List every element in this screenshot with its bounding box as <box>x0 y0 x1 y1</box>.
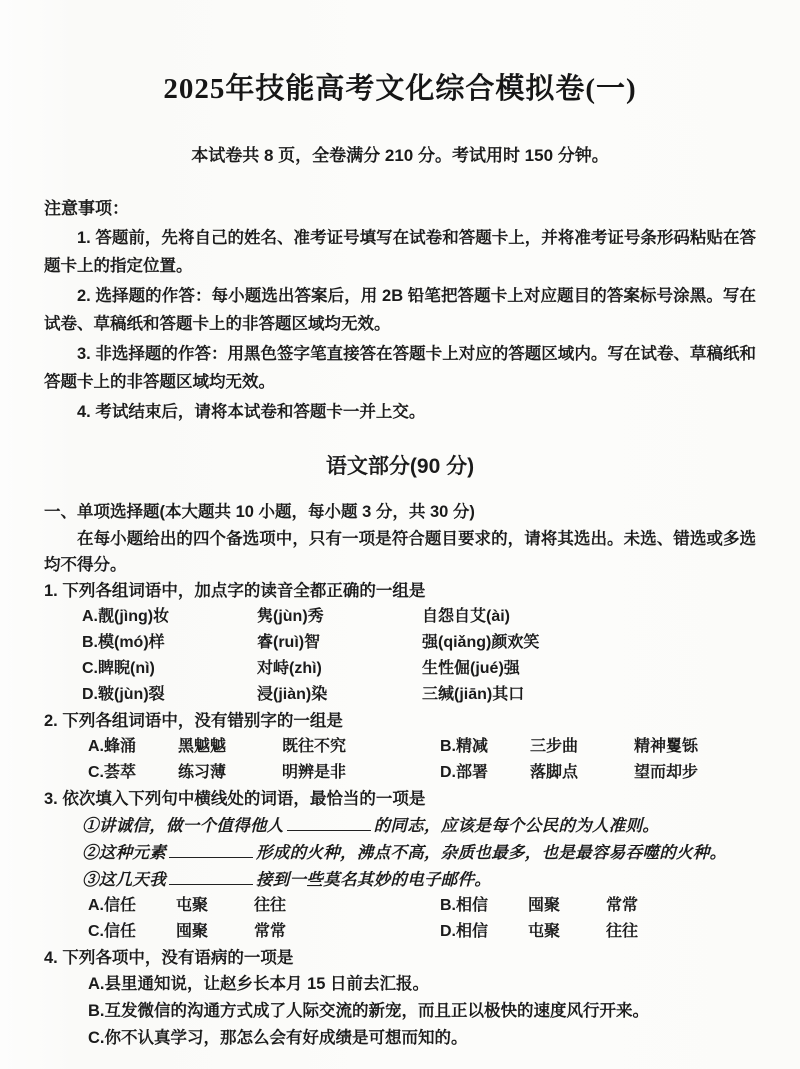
option-d-word3: 望而却步 <box>634 760 756 786</box>
option-c-word3: 明辨是非 <box>282 760 440 786</box>
option-a-word2: 屯聚 <box>176 893 254 919</box>
option-c-word1: C.荟萃 <box>88 760 178 786</box>
notice-item: 4. 考试结束后，请将本试卷和答题卡一并上交。 <box>44 398 756 426</box>
question-3-options-row1: A.信任 屯聚 往往 B.相信 囤聚 常常 <box>44 893 756 919</box>
sentence-pre: ③这几天我 <box>82 870 166 889</box>
option-d: D.部署 落脚点 望而却步 <box>440 760 756 786</box>
sentence-pre: ①讲诚信，做一个值得他人 <box>82 816 284 835</box>
part-title: 一、单项选择题(本大题共 10 小题，每小题 3 分，共 30 分) <box>44 500 756 524</box>
question-1-options: A.靓(jìng)妆 隽(jùn)秀 自怨自艾(ài) B.模(mó)样 睿(r… <box>44 604 756 708</box>
question-4: 4. 下列各项中，没有语病的一项是 A.县里通知说，让赵乡长本月 15 日前去汇… <box>44 946 756 1052</box>
option-c-word1: C.信任 <box>88 919 176 945</box>
option-d-word3: 三缄(jiān)其口 <box>422 682 756 708</box>
option-c: C.你不认真学习，那怎么会有好成绩是可想而知的。 <box>44 1025 756 1052</box>
option-a: A.信任 屯聚 往往 <box>88 893 440 919</box>
section-heading: 语文部分(90 分) <box>44 452 756 482</box>
option-b-word1: B.相信 <box>440 893 528 919</box>
question-2-options-row2: C.荟萃 练习薄 明辨是非 D.部署 落脚点 望而却步 <box>44 760 756 786</box>
option-a-word3: 往往 <box>254 893 440 919</box>
option-b: B.精减 三步曲 精神矍铄 <box>440 734 756 760</box>
option-a-word1: A.靓(jìng)妆 <box>82 604 257 630</box>
exam-subtitle: 本试卷共 8 页，全卷满分 210 分。考试用时 150 分钟。 <box>44 144 756 168</box>
option-b: B.互发微信的沟通方式成了人际交流的新宠，而且正以极快的速度风行开来。 <box>44 998 756 1025</box>
notice-item: 2. 选择题的作答：每小题选出答案后，用 2B 铅笔把答题卡上对应题目的答案标号… <box>44 282 756 338</box>
option-b-word1: B.精减 <box>440 734 530 760</box>
option-c-word2: 练习薄 <box>178 760 282 786</box>
exam-page: 2025年技能高考文化综合模拟卷(一) 本试卷共 8 页，全卷满分 210 分。… <box>0 68 800 1052</box>
option-c: C.信任 囤聚 常常 <box>88 919 440 945</box>
sentence-post: 的同志，应该是每个公民的为人准则。 <box>374 816 660 835</box>
option-c: C.荟萃 练习薄 明辨是非 <box>88 760 440 786</box>
part-intro: 在每小题给出的四个备选项中，只有一项是符合题目要求的，请将其选出。未选、错选或多… <box>44 526 756 578</box>
option-b-word3: 精神矍铄 <box>634 734 756 760</box>
option-d-word1: D.部署 <box>440 760 530 786</box>
notice-item: 3. 非选择题的作答：用黑色签字笔直接答在答题卡上对应的答题区域内。写在试卷、草… <box>44 340 756 396</box>
notice-section: 注意事项： 1. 答题前，先将自己的姓名、准考证号填写在试卷和答题卡上，并将准考… <box>44 196 756 426</box>
question-1: 1. 下列各组词语中，加点字的读音全都正确的一组是 A.靓(jìng)妆 隽(j… <box>44 579 756 708</box>
sentence-post: 形成的火种，沸点不高，杂质也最多，也是最容易吞噬的火种。 <box>256 843 726 862</box>
option-d-word2: 落脚点 <box>530 760 634 786</box>
option-d-word2: 屯聚 <box>528 919 606 945</box>
option-d: D.相信 屯聚 往往 <box>440 919 756 945</box>
question-4-stem: 4. 下列各项中，没有语病的一项是 <box>44 946 756 971</box>
exam-title: 2025年技能高考文化综合模拟卷(一) <box>44 68 756 110</box>
option-a-word1: A.信任 <box>88 893 176 919</box>
option-a: A.蜂涌 黑魆魆 既往不究 <box>88 734 440 760</box>
option-b: B.相信 囤聚 常常 <box>440 893 756 919</box>
option-d-word1: D.相信 <box>440 919 528 945</box>
option-b-word2: 睿(ruì)智 <box>257 630 422 656</box>
option-a: A.县里通知说，让赵乡长本月 15 日前去汇报。 <box>44 971 756 998</box>
fill-in-blank <box>169 868 253 885</box>
option-c-word2: 囤聚 <box>176 919 254 945</box>
option-c-word2: 对峙(zhì) <box>257 656 422 682</box>
option-b-word3: 常常 <box>606 893 756 919</box>
option-a-word3: 既往不究 <box>282 734 440 760</box>
sentence-post: 接到一些莫名其妙的电子邮件。 <box>256 870 491 889</box>
question-2-stem: 2. 下列各组词语中，没有错别字的一组是 <box>44 709 756 734</box>
option-b-word2: 三步曲 <box>530 734 634 760</box>
notice-item: 1. 答题前，先将自己的姓名、准考证号填写在试卷和答题卡上，并将准考证号条形码粘… <box>44 224 756 280</box>
notice-heading: 注意事项： <box>44 196 756 222</box>
option-d-word3: 往往 <box>606 919 756 945</box>
question-1-stem: 1. 下列各组词语中，加点字的读音全都正确的一组是 <box>44 579 756 604</box>
question-3: 3. 依次填入下列句中横线处的词语，最恰当的一项是 ①讲诚信，做一个值得他人的同… <box>44 787 756 945</box>
question-2: 2. 下列各组词语中，没有错别字的一组是 A.蜂涌 黑魆魆 既往不究 B.精减 … <box>44 709 756 786</box>
fill-in-blank <box>287 814 371 831</box>
question-3-sentence-2: ②这种元素形成的火种，沸点不高，杂质也最多，也是最容易吞噬的火种。 <box>44 839 756 866</box>
option-d-word1: D.皲(jùn)裂 <box>82 682 257 708</box>
option-a-word2: 黑魆魆 <box>178 734 282 760</box>
question-3-options-row2: C.信任 囤聚 常常 D.相信 屯聚 往往 <box>44 919 756 945</box>
question-2-options-row1: A.蜂涌 黑魆魆 既往不究 B.精减 三步曲 精神矍铄 <box>44 734 756 760</box>
option-d-word2: 浸(jiàn)染 <box>257 682 422 708</box>
question-3-sentence-3: ③这几天我接到一些莫名其妙的电子邮件。 <box>44 866 756 893</box>
option-b-word2: 囤聚 <box>528 893 606 919</box>
option-a-word1: A.蜂涌 <box>88 734 178 760</box>
option-b-word1: B.模(mó)样 <box>82 630 257 656</box>
option-a-word2: 隽(jùn)秀 <box>257 604 422 630</box>
question-3-stem: 3. 依次填入下列句中横线处的词语，最恰当的一项是 <box>44 787 756 812</box>
option-c-word1: C.睥睨(nì) <box>82 656 257 682</box>
option-a-word3: 自怨自艾(ài) <box>422 604 756 630</box>
sentence-pre: ②这种元素 <box>82 843 166 862</box>
option-b-word3: 强(qiǎng)颜欢笑 <box>422 630 756 656</box>
option-c-word3: 常常 <box>254 919 440 945</box>
question-3-sentence-1: ①讲诚信，做一个值得他人的同志，应该是每个公民的为人准则。 <box>44 812 756 839</box>
option-c-word3: 生性倔(jué)强 <box>422 656 756 682</box>
fill-in-blank <box>169 841 253 858</box>
